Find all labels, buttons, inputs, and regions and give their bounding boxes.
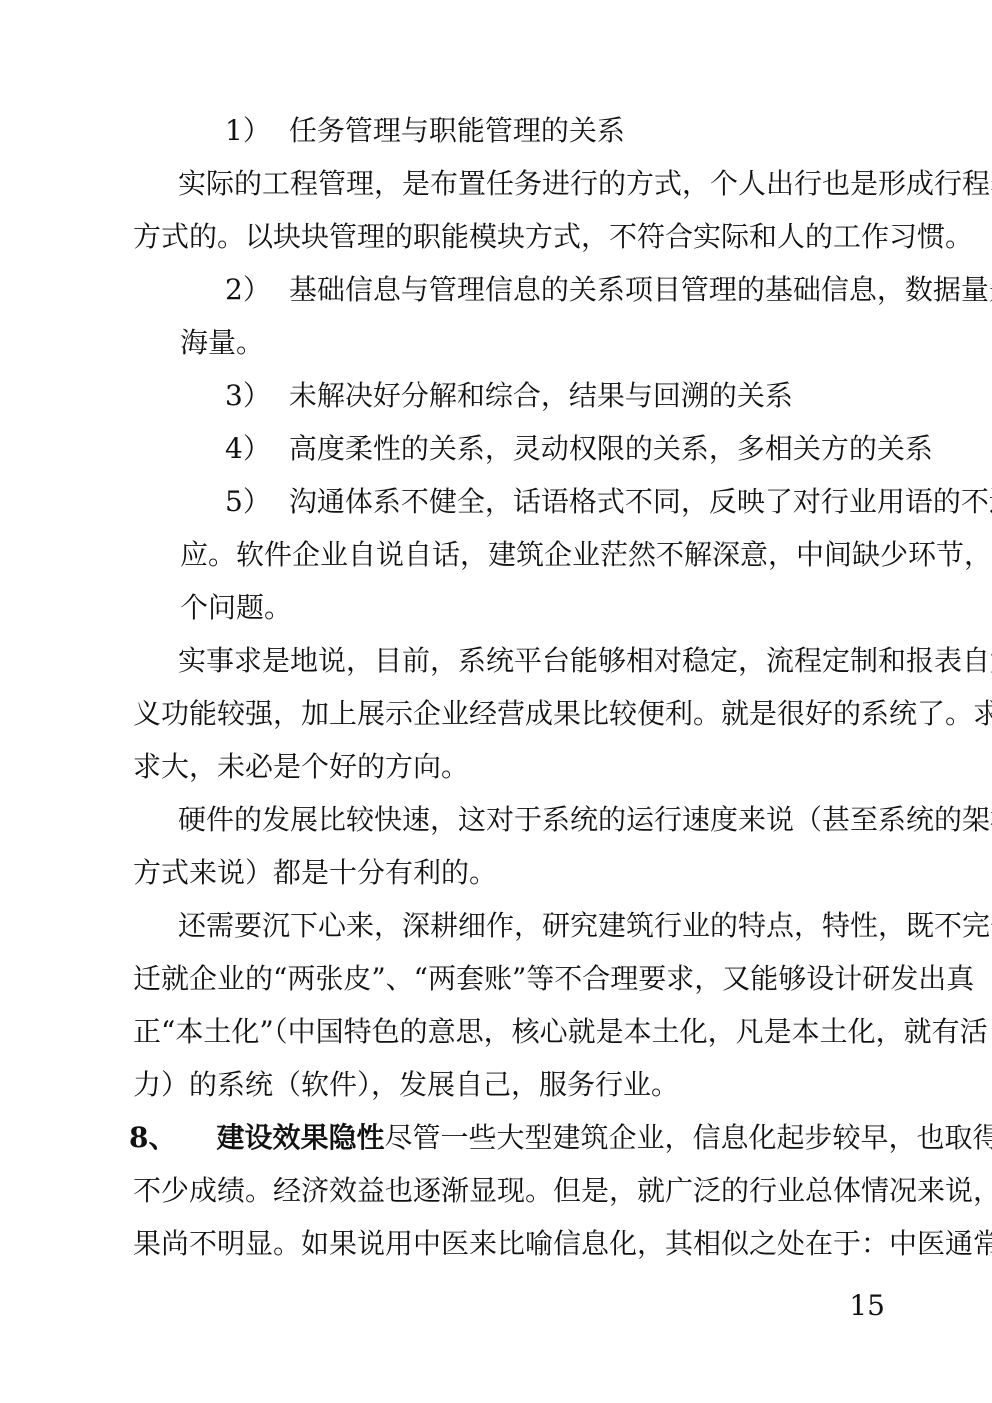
heading-8: 8、建设效果隐性尽管一些大型建筑企业，信息化起步较早，也取得了 <box>129 1111 885 1164</box>
paragraph-line: 方式来说）都是十分有利的。 <box>133 846 885 899</box>
paragraph-line: 正“本土化”（中国特色的意思，核心就是本土化，凡是本土化，就有活 <box>133 1005 885 1058</box>
paragraph-line: 还需要沉下心来，深耕细作，研究建筑行业的特点，特性，既不完全 <box>178 899 885 952</box>
list-item-3-text: 未解决好分解和综合，结果与回溯的关系 <box>289 379 793 412</box>
list-item-1: 1）任务管理与职能管理的关系 <box>225 104 885 157</box>
list-number-3: 3） <box>225 369 271 422</box>
paragraph-line: 义功能较强，加上展示企业经营成果比较便利。就是很好的系统了。求全 <box>133 687 885 740</box>
list-item-3: 3）未解决好分解和综合，结果与回溯的关系 <box>225 369 885 422</box>
list-item-1-text: 任务管理与职能管理的关系 <box>289 114 625 147</box>
paragraph-line: 迁就企业的“两张皮”、“两套账”等不合理要求，又能够设计研发出真 <box>133 952 885 1005</box>
paragraph-line: 求大，未必是个好的方向。 <box>133 740 885 793</box>
list-item-2: 2）基础信息与管理信息的关系项目管理的基础信息，数据量是 <box>225 263 885 316</box>
list-number-4: 4） <box>225 422 271 475</box>
list-number-1: 1） <box>225 104 271 157</box>
list-item-2-text: 基础信息与管理信息的关系项目管理的基础信息，数据量是 <box>289 273 992 306</box>
document-body: 1）任务管理与职能管理的关系 实际的工程管理，是布置任务进行的方式，个人出行也是… <box>133 104 885 1270</box>
heading-8-lead: 建设效果隐性 <box>216 1121 384 1154</box>
paragraph-line: 硬件的发展比较快速，这对于系统的运行速度来说（甚至系统的架构 <box>178 793 885 846</box>
heading-8-number: 8、 <box>129 1111 176 1164</box>
page-number: 15 <box>133 1288 885 1324</box>
list-item-2-cont: 海量。 <box>180 316 885 369</box>
paragraph-line: 方式的。以块块管理的职能模块方式，不符合实际和人的工作习惯。 <box>133 210 885 263</box>
list-item-5-cont: 个问题。 <box>180 581 885 634</box>
paragraph-line: 实事求是地说，目前，系统平台能够相对稳定，流程定制和报表自定 <box>178 634 885 687</box>
list-item-5-text: 沟通体系不健全，话语格式不同，反映了对行业用语的不适 <box>289 485 992 518</box>
list-item-5-cont: 应。软件企业自说自话，建筑企业茫然不解深意，中间缺少环节，是 <box>180 528 885 581</box>
document-page: 1）任务管理与职能管理的关系 实际的工程管理，是布置任务进行的方式，个人出行也是… <box>0 0 992 1403</box>
list-number-2: 2） <box>225 263 271 316</box>
list-item-5: 5）沟通体系不健全，话语格式不同，反映了对行业用语的不适 <box>225 475 885 528</box>
list-item-4-text: 高度柔性的关系，灵动权限的关系，多相关方的关系 <box>289 432 933 465</box>
list-number-5: 5） <box>225 475 271 528</box>
paragraph-line: 果尚不明显。如果说用中医来比喻信息化，其相似之处在于：中医通常并 <box>133 1217 885 1270</box>
heading-8-text: 尽管一些大型建筑企业，信息化起步较早，也取得了 <box>385 1121 992 1154</box>
paragraph-line: 不少成绩。经济效益也逐渐显现。但是，就广泛的行业总体情况来说，效 <box>133 1164 885 1217</box>
paragraph-line: 实际的工程管理，是布置任务进行的方式，个人出行也是形成行程表 <box>178 157 885 210</box>
list-item-4: 4）高度柔性的关系，灵动权限的关系，多相关方的关系 <box>225 422 885 475</box>
paragraph-line: 力）的系统（软件），发展自己，服务行业。 <box>133 1058 885 1111</box>
